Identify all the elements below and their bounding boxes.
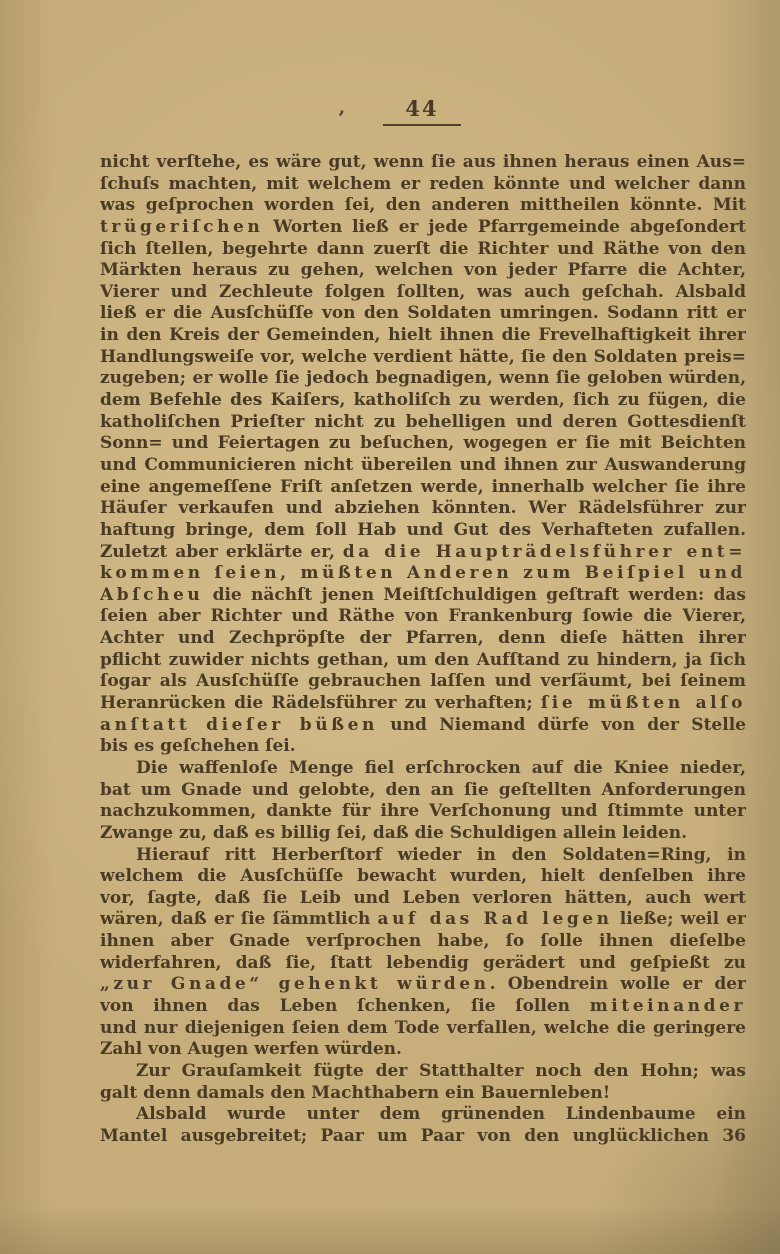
- text-line: Märkten heraus zu gehen, welchen von jed…: [100, 260, 746, 282]
- letterspaced-emphasis: da die Haupträdelsführer ent=: [343, 542, 746, 562]
- text-run: widerfahren, daß ſie, ſtatt lebendig ger…: [100, 953, 746, 975]
- text-line: „zur Gnade“ gehenkt würden. Obendrein wo…: [100, 974, 746, 996]
- text-run: Zwange zu, daß es billig ſei, daß die Sc…: [100, 823, 687, 843]
- text-block: nicht verſtehe, es wäre gut, wenn ſie au…: [100, 152, 746, 1147]
- text-line: Mantel ausgebreitet; Paar um Paar von de…: [100, 1126, 746, 1148]
- text-run: bat um Gnade und gelobte, den an ſie geſ…: [100, 780, 746, 800]
- text-line: kommen ſeien, müßten Anderen zum Beiſpie…: [100, 563, 746, 585]
- text-run: Sonn= und Feiertagen zu beſuchen, wogege…: [100, 433, 746, 453]
- text-line: trügeriſchen Worten ließ er jede Pfarrge…: [100, 217, 746, 239]
- text-run: galt denn damals den Machthabern ein Bau…: [100, 1083, 610, 1103]
- letterspaced-emphasis: auf das Rad legen: [378, 909, 613, 929]
- letterspaced-emphasis: Abſcheu: [100, 585, 203, 605]
- text-line: pflicht zuwider nichts gethan, um den Au…: [100, 650, 746, 672]
- text-line: bat um Gnade und gelobte, den an ſie geſ…: [100, 780, 746, 802]
- text-run: Zur Grauſamkeit fügte der Statthalter no…: [136, 1061, 746, 1081]
- text-line: nachzukommen, dankte für ihre Verſchonun…: [100, 801, 746, 823]
- text-run: ſchuſs machten, mit welchem er reden kön…: [100, 174, 746, 196]
- text-run: Märkten heraus zu gehen, welchen von jed…: [100, 260, 746, 280]
- text-run: Heranrücken die Rädelsführer zu verhafte…: [100, 693, 541, 713]
- text-run: Vierer und Zechleute folgen ſollten, was…: [100, 282, 746, 302]
- text-run: die nächſt jenen Meiſtſchuldigen geſtraf…: [203, 585, 746, 605]
- text-line: nicht verſtehe, es wäre gut, wenn ſie au…: [100, 152, 746, 174]
- text-run: Mantel ausgebreitet; Paar um Paar von de…: [100, 1126, 746, 1146]
- text-line: haftung bringe, dem ſoll Hab und Gut des…: [100, 520, 746, 542]
- text-line: Häuſer verkaufen und abziehen könnten. W…: [100, 498, 746, 520]
- text-line: Zuletzt aber erklärte er, da die Haupträ…: [100, 542, 746, 564]
- text-run: zugeben; er wolle ſie jedoch begnadigen,…: [100, 368, 746, 388]
- text-line: vor, ſagte, daß ſie Leib und Leben verlo…: [100, 888, 746, 910]
- text-run: bis es geſchehen ſei.: [100, 736, 296, 756]
- text-run: katholiſchen Prieſter nicht zu behellige…: [100, 412, 746, 434]
- letterspaced-emphasis: anſtatt dieſer büßen: [100, 715, 378, 735]
- text-line: Vierer und Zechleute folgen ſollten, was…: [100, 282, 746, 304]
- text-run: was geſprochen worden ſei, den anderen m…: [100, 195, 746, 217]
- text-line: und nur diejenigen ſeien dem Tode verfal…: [100, 1018, 746, 1040]
- text-line: und Communicieren nicht übereilen und ih…: [100, 455, 746, 477]
- text-run: ließ er die Ausſchüſſe von den Soldaten …: [100, 303, 746, 323]
- text-line: galt denn damals den Machthabern ein Bau…: [100, 1083, 746, 1105]
- text-run: Handlungsweiſe vor, welche verdient hätt…: [100, 347, 746, 367]
- text-line: Die waffenloſe Menge fiel erſchrocken au…: [100, 758, 746, 780]
- book-page-scan: ’ 44 nicht verſtehe, es wäre gut, wenn ſ…: [0, 0, 780, 1254]
- text-run: Die waffenloſe Menge fiel erſchrocken au…: [136, 758, 746, 778]
- text-run: dem Befehle des Kaiſers, katholiſch zu w…: [100, 390, 746, 410]
- text-line: Zahl von Augen werfen würden.: [100, 1039, 746, 1061]
- text-run: Hierauf ritt Herberſtorf wieder in den S…: [136, 845, 746, 865]
- text-line: Zur Grauſamkeit fügte der Statthalter no…: [100, 1061, 746, 1083]
- text-line: welchem die Ausſchüſſe bewacht wurden, h…: [100, 866, 746, 888]
- text-line: widerfahren, daß ſie, ſtatt lebendig ger…: [100, 953, 746, 975]
- text-line: Zwange zu, daß es billig ſei, daß die Sc…: [100, 823, 746, 845]
- text-run: von ihnen das Leben ſchenken, ſie ſollen: [100, 996, 590, 1016]
- text-run: ließe; weil er: [613, 909, 746, 929]
- text-line: eine angemeſſene Friſt anſetzen werde, i…: [100, 477, 746, 499]
- text-run: ſich ſtellen, begehrte dann zuerſt die R…: [100, 239, 746, 259]
- text-line: Alsbald wurde unter dem grünenden Linden…: [100, 1104, 746, 1126]
- text-line: bis es geſchehen ſei.: [100, 736, 746, 758]
- text-line: wären, daß er ſie ſämmtlich auf das Rad …: [100, 909, 746, 931]
- text-run: Zahl von Augen werfen würden.: [100, 1039, 402, 1059]
- text-line: ihnen aber Gnade verſprochen habe, ſo ſo…: [100, 931, 746, 953]
- text-line: Sonn= und Feiertagen zu beſuchen, wogege…: [100, 433, 746, 455]
- text-line: anſtatt dieſer büßen und Niemand dürfe v…: [100, 715, 746, 737]
- text-line: ſchuſs machten, mit welchem er reden kön…: [100, 174, 746, 196]
- text-line: Handlungsweiſe vor, welche verdient hätt…: [100, 347, 746, 369]
- text-run: wären, daß er ſie ſämmtlich: [100, 909, 378, 929]
- text-run: pflicht zuwider nichts gethan, um den Au…: [100, 650, 746, 670]
- text-run: Achter und Zechpröpſte der Pfarren, denn…: [100, 628, 746, 650]
- letterspaced-emphasis: trügeriſchen: [100, 217, 263, 237]
- page-header: ’ 44: [100, 96, 744, 126]
- text-run: Häuſer verkaufen und abziehen könnten. W…: [100, 498, 746, 520]
- text-run: ſogar als Ausſchüſſe gebrauchen laſſen u…: [100, 671, 746, 691]
- text-run: ihnen aber Gnade verſprochen habe, ſo ſo…: [100, 931, 746, 953]
- text-run: Alsbald wurde unter dem grünenden Linden…: [136, 1104, 746, 1126]
- letterspaced-emphasis: kommen ſeien, müßten Anderen zum Beiſpie…: [100, 563, 746, 583]
- page-number: 44: [383, 96, 461, 126]
- text-line: Heranrücken die Rädelsführer zu verhafte…: [100, 693, 746, 715]
- text-line: Hierauf ritt Herberſtorf wieder in den S…: [100, 845, 746, 867]
- text-run: vor, ſagte, daß ſie Leib und Leben verlo…: [100, 888, 746, 908]
- text-run: haftung bringe, dem ſoll Hab und Gut des…: [100, 520, 746, 540]
- text-run: welchem die Ausſchüſſe bewacht wurden, h…: [100, 866, 746, 888]
- text-line: Achter und Zechpröpſte der Pfarren, denn…: [100, 628, 746, 650]
- text-line: ſeien aber Richter und Räthe von Franken…: [100, 606, 746, 628]
- letterspaced-emphasis: „zur Gnade“ gehenkt würden: [100, 974, 490, 994]
- ink-speck: ’: [338, 106, 345, 130]
- letterspaced-emphasis: ſie müßten alſo: [541, 693, 746, 713]
- text-run: eine angemeſſene Friſt anſetzen werde, i…: [100, 477, 746, 497]
- text-run: Zuletzt aber erklärte er,: [100, 542, 343, 562]
- text-line: in den Kreis der Gemeinden, hielt ihnen …: [100, 325, 746, 347]
- text-line: von ihnen das Leben ſchenken, ſie ſollen…: [100, 996, 746, 1018]
- text-line: katholiſchen Prieſter nicht zu behellige…: [100, 412, 746, 434]
- text-line: Abſcheu die nächſt jenen Meiſtſchuldigen…: [100, 585, 746, 607]
- text-line: ließ er die Ausſchüſſe von den Soldaten …: [100, 303, 746, 325]
- text-run: und Communicieren nicht übereilen und ih…: [100, 455, 746, 475]
- text-line: ſich ſtellen, begehrte dann zuerſt die R…: [100, 239, 746, 261]
- text-run: und nur diejenigen ſeien dem Tode verfal…: [100, 1018, 746, 1038]
- text-run: ſeien aber Richter und Räthe von Franken…: [100, 606, 746, 626]
- text-run: in den Kreis der Gemeinden, hielt ihnen …: [100, 325, 746, 345]
- text-line: dem Befehle des Kaiſers, katholiſch zu w…: [100, 390, 746, 412]
- text-line: was geſprochen worden ſei, den anderen m…: [100, 195, 746, 217]
- text-run: Worten ließ er jede Pfarrgemeinde abgeſo…: [263, 217, 746, 237]
- text-run: nachzukommen, dankte für ihre Verſchonun…: [100, 801, 746, 823]
- text-line: ſogar als Ausſchüſſe gebrauchen laſſen u…: [100, 671, 746, 693]
- text-line: zugeben; er wolle ſie jedoch begnadigen,…: [100, 368, 746, 390]
- text-run: nicht verſtehe, es wäre gut, wenn ſie au…: [100, 152, 746, 172]
